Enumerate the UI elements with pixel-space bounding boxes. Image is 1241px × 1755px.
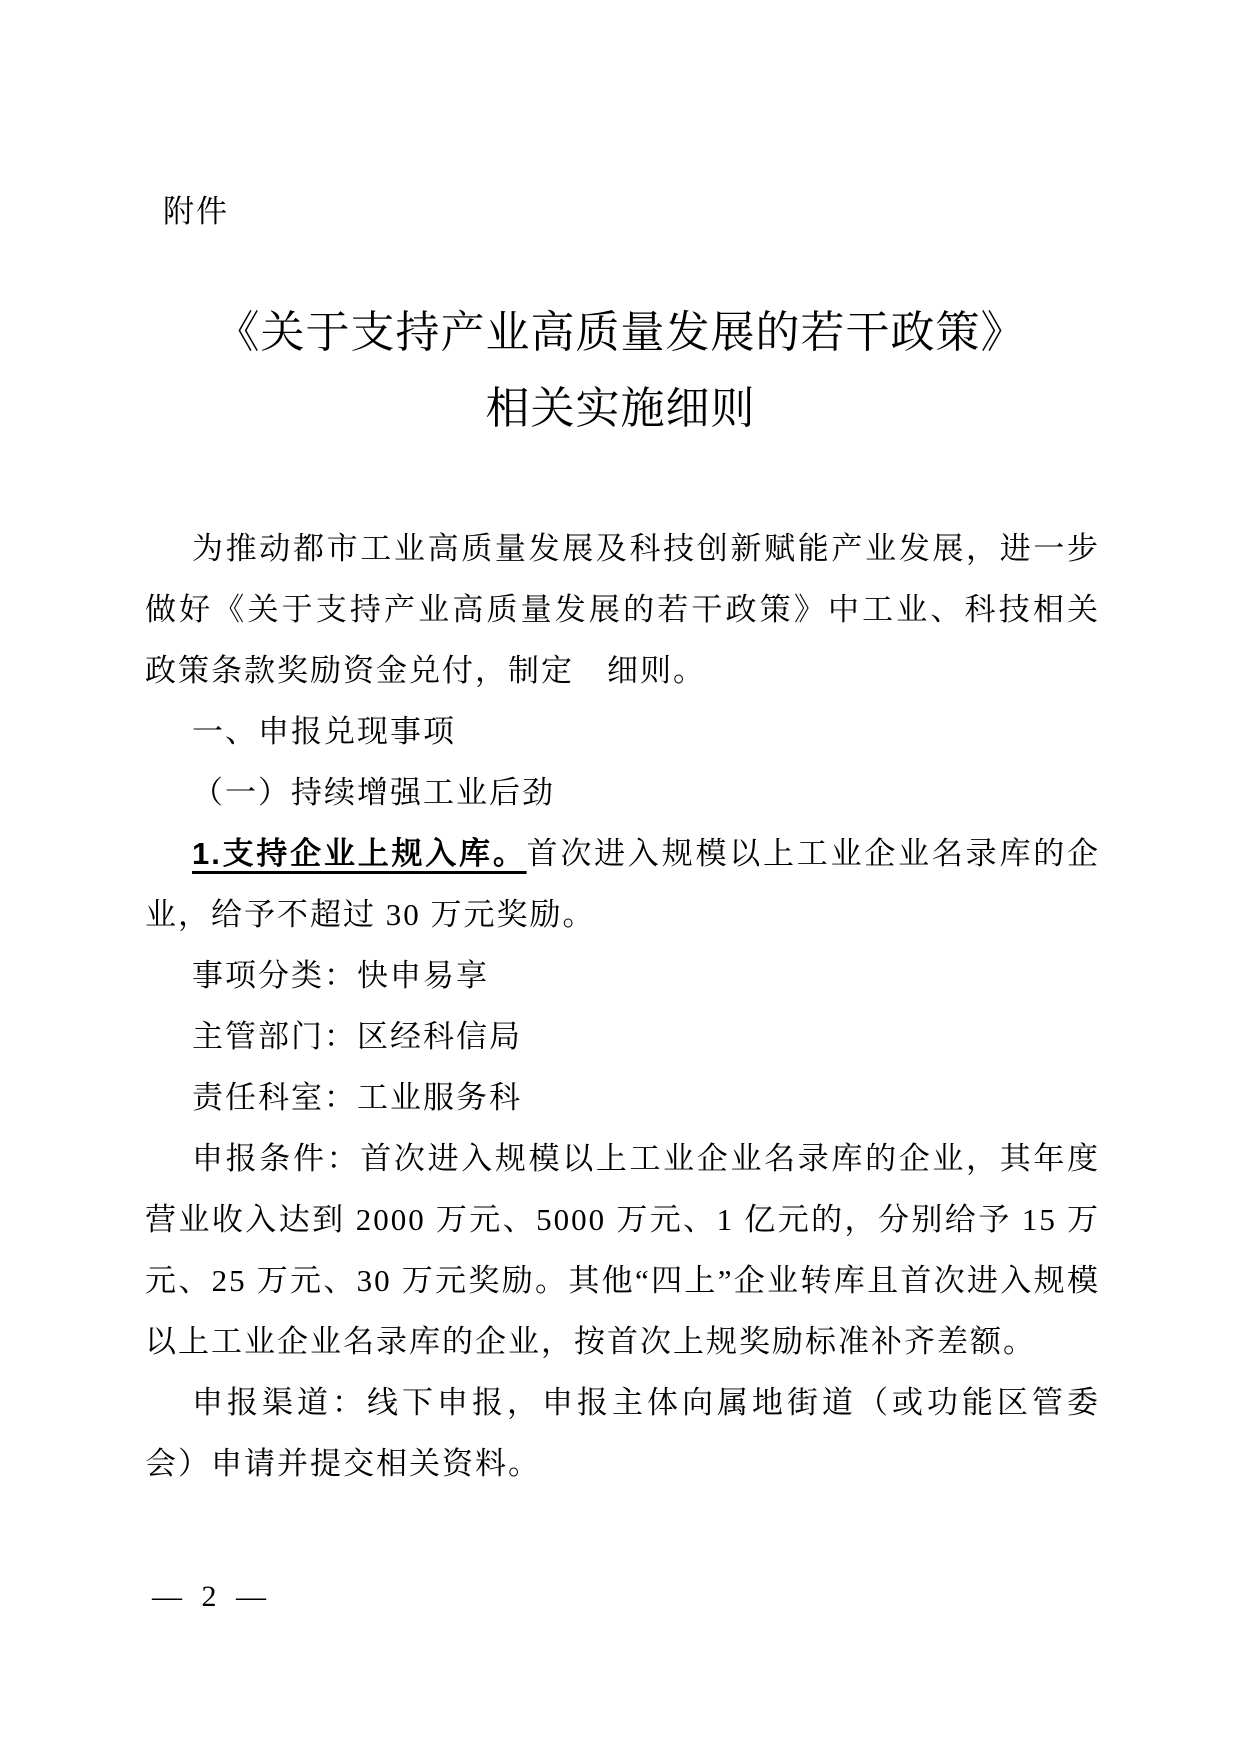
section-heading: 一、申报兑现事项 [145,701,1100,762]
paragraph-intro: 为推动都市工业高质量发展及科技创新赋能产业发展，进一步做好《关于支持产业高质量发… [145,518,1100,701]
document-body: 为推动都市工业高质量发展及科技创新赋能产业发展，进一步做好《关于支持产业高质量发… [145,518,1100,1494]
paragraph-channel: 申报渠道：线下申报，申报主体向属地街道（或功能区管委会）申请并提交相关资料。 [145,1372,1100,1494]
attachment-label: 附件 [163,192,229,232]
item1-lead-heading: 1.支持企业上规入库。 [192,836,527,871]
paragraph-item1: 1.支持企业上规入库。首次进入规模以上工业企业名录库的企业，给予不超过 30 万… [145,823,1100,945]
paragraph-department: 主管部门：区经科信局 [145,1006,1100,1067]
subsection-heading: （一）持续增强工业后劲 [145,762,1100,823]
paragraph-conditions: 申报条件：首次进入规模以上工业企业名录库的企业，其年度营业收入达到 2000 万… [145,1128,1100,1372]
document-title: 《关于支持产业高质量发展的若干政策》 相关实施细则 [0,295,1241,447]
document-page: 附件 《关于支持产业高质量发展的若干政策》 相关实施细则 为推动都市工业高质量发… [0,0,1241,1755]
document-title-line-1: 《关于支持产业高质量发展的若干政策》 [0,295,1241,371]
paragraph-office: 责任科室：工业服务科 [145,1067,1100,1128]
page-number: — 2 — [152,1580,272,1614]
paragraph-category: 事项分类：快申易享 [145,945,1100,1006]
document-title-line-2: 相关实施细则 [0,371,1241,447]
